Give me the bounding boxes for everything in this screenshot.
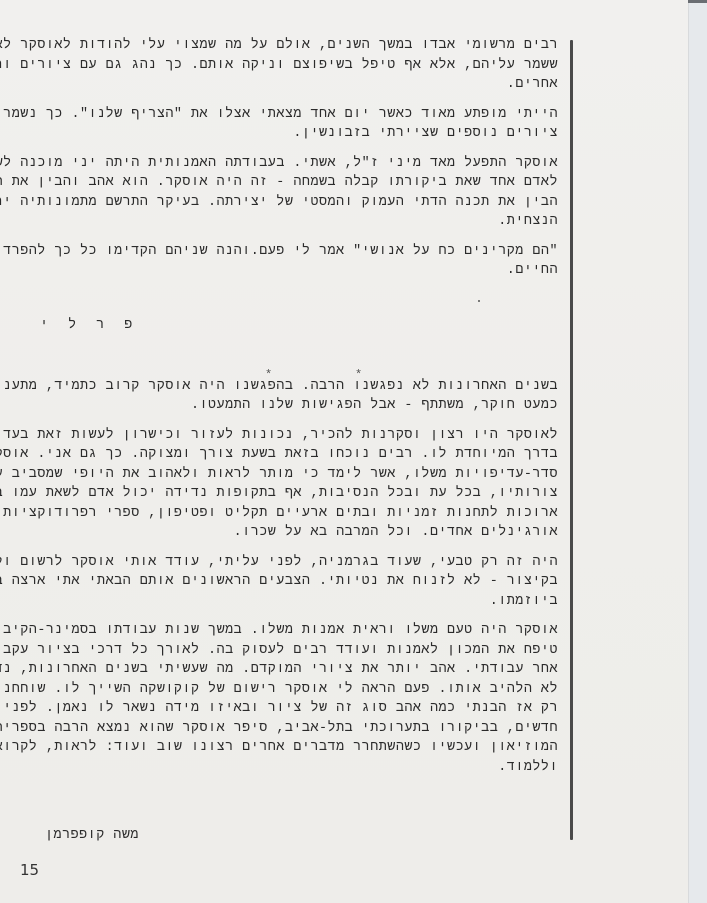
text-line: טיפח את המכון לאמנות ועודד רבים לעסוק בה… (36, 641, 558, 661)
scan-edge-mark (688, 0, 707, 3)
paragraph: "הם מקרינים כח על אנושי" אמר לי פעם.והנה… (36, 242, 558, 281)
text-line: לאדם אחד שאת ביקורתו קבלה בשמחה - זה היה… (36, 173, 558, 193)
text-line: אורגינלים אחדים. וכל המרבה בא על שכרו. (36, 523, 558, 543)
text-line: אחרים. (36, 75, 558, 95)
signature-author: משה קופפרמן (45, 828, 139, 843)
paragraph: בשנים האחרונות לא נפגשנו הרבה. בהפגשנו ה… (36, 377, 558, 416)
section-separator-star: * (265, 368, 272, 382)
text-line: ציורים נוספים שציירתי בזבונשין. (36, 124, 558, 144)
document-body: רבים מרשומי אבדו במשך השנים, אולם על מה … (36, 36, 558, 777)
text-line: הנצחית. (36, 212, 558, 232)
text-line: הבין את תכנה הדתי העמוק והמסטי של יצירתה… (36, 193, 558, 213)
text-line: אוסקר התפעל מאד מיני ז"ל, אשתי. בעבודתה … (36, 154, 558, 174)
paragraph: היה זה רק טבעי, שעוד בגרמניה, לפני עליתי… (36, 553, 558, 612)
text-line: ביוזמתו. (36, 592, 558, 612)
text-line: היה זה רק טבעי, שעוד בגרמניה, לפני עליתי… (36, 553, 558, 573)
paragraph: אוסקר היה טעם משלו וראית אמנות משלו. במש… (36, 621, 558, 777)
section-separator-star: * (355, 368, 362, 382)
paragraph: לאוסקר היו רצון וסקרנות להכיר, נכונות לע… (36, 426, 558, 543)
text-line: בקיצור - לא לזנוח את נטיותי. הצבעים הראש… (36, 572, 558, 592)
text-line: כמעט חוקר, משתתף - אבל הפגישות שלנו התמע… (36, 396, 558, 416)
text-line: רק אז הבנתי כמה אהב סוג זה של ציור ובאיז… (36, 699, 558, 719)
text-line: ששמר עליהם, אלא אף טיפל בשיפוצם וניקה או… (36, 56, 558, 76)
text-line: בדרך המיוחדת לו. רבים נוכחו בזאת בשעת צו… (36, 445, 558, 465)
author-name-perli: פ ר ל י (40, 318, 138, 333)
paragraph: הייתי מופתע מאוד כאשר יום אחד מצאתי אצלו… (36, 105, 558, 144)
text-line: חדשים, בביקורו בתערוכתי בתל-אביב, סיפר א… (36, 719, 558, 739)
text-line: אוסקר היה טעם משלו וראית אמנות משלו. במש… (36, 621, 558, 641)
text-line: המוזיאון ועכשיו כשהשתחרר מדברים אחרים רצ… (36, 738, 558, 758)
text-line: "הם מקרינים כח על אנושי" אמר לי פעם.והנה… (36, 242, 558, 262)
vertical-margin-rule (570, 40, 573, 840)
text-line: צורותיו, בכל עת ובכל הנסיבות, אף בתקופות… (36, 484, 558, 504)
text-line: בשנים האחרונות לא נפגשנו הרבה. בהפגשנו ה… (36, 377, 558, 397)
text-line: הייתי מופתע מאוד כאשר יום אחד מצאתי אצלו… (36, 105, 558, 125)
text-line: רבים מרשומי אבדו במשך השנים, אולם על מה … (36, 36, 558, 56)
stray-dot (478, 300, 480, 302)
text-line: לא הלהיב אותו. פעם הראה לי אוסקר רישום ש… (36, 680, 558, 700)
text-line: ארוכות לתחנות זמניות ובתים ארעיים תקליט … (36, 504, 558, 524)
text-line: סדר-עדיפויות משלו, אשר לימד כי מותר לראו… (36, 465, 558, 485)
paragraph: רבים מרשומי אבדו במשך השנים, אולם על מה … (36, 36, 558, 95)
text-line: אחר עבודתי. אהב יותר את ציורי המוקדם. מה… (36, 660, 558, 680)
scan-edge-margin (688, 0, 707, 903)
text-line: החיים. (36, 261, 558, 281)
paragraph: אוסקר התפעל מאד מיני ז"ל, אשתי. בעבודתה … (36, 154, 558, 232)
page-number: 15 (20, 861, 39, 879)
text-line: לאוסקר היו רצון וסקרנות להכיר, נכונות לע… (36, 426, 558, 446)
text-line: וללמוד. (36, 758, 558, 778)
